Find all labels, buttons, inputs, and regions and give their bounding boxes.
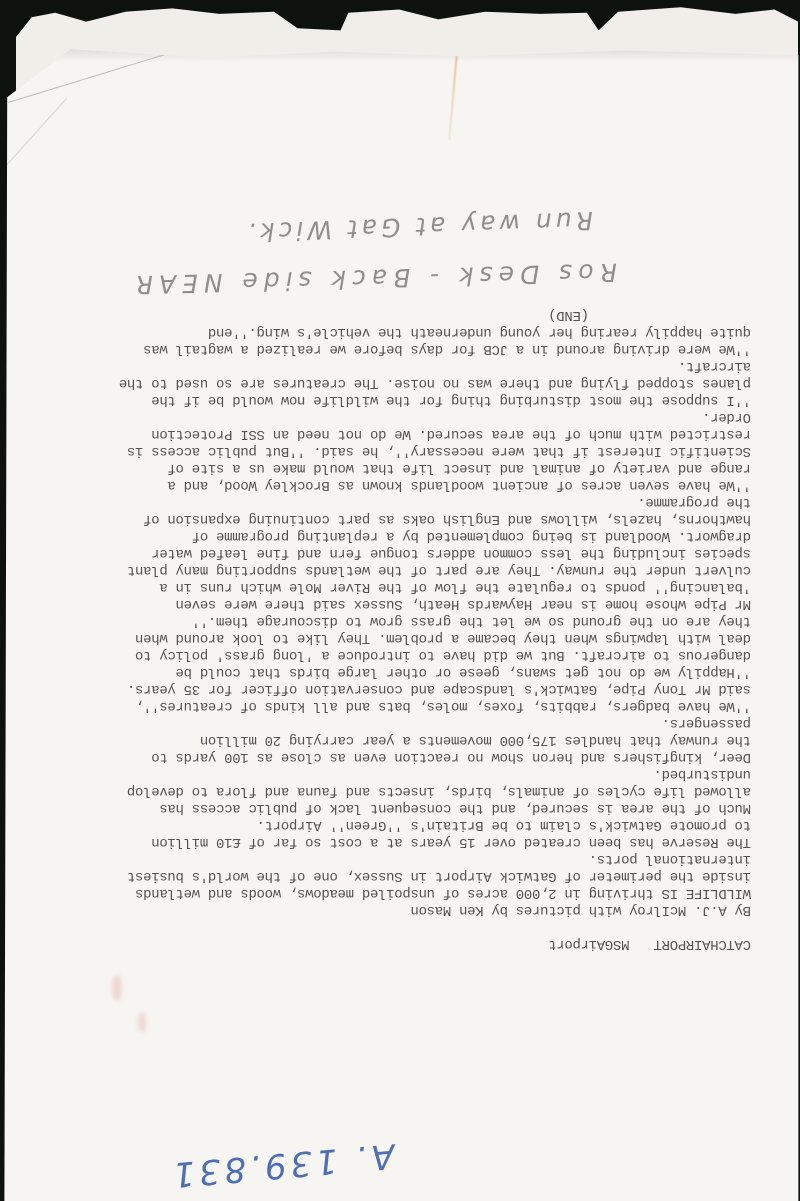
typed-line: Order. [31,408,751,425]
typed-line: 'balancing'' ponds to regulate the flow … [31,578,751,595]
typed-line: to promote Gatwick's claim to be Britain… [31,816,751,833]
typed-line: the runway that handles 175,000 movement… [31,731,751,748]
typed-line: ''Happily we do not get swans, geese or … [31,663,751,680]
typed-line: culvert under the runway. They are part … [31,561,751,578]
typed-line: dragwort. Woodland is being complemented… [31,527,751,544]
typed-line: Much of the area is secured, and the con… [31,799,751,816]
typed-line: ''I suppose the most disturbing thing fo… [31,391,751,408]
handwritten-note: Ros Desk - Back side NEAR Run way at Gat… [3,1085,797,1201]
typed-line: range and variety of animal and insect l… [31,459,751,476]
typed-line: allowed life cycles of animals, birds, i… [31,782,751,799]
upside-down-content: A. 139.831 CATCHAIRPORT MSGAirport By A.… [3,50,797,1201]
handwritten-note-line-1: Ros Desk - Back side NEAR [129,258,617,300]
scanned-photo-caption: { "scan": { "background_color": "#0d120d… [0,0,800,1201]
typed-line: (END) [31,306,751,323]
typed-line: species including the less common adders… [31,544,751,561]
typed-line: ''We were driving around in a JCB for da… [31,340,751,357]
typed-line: the programme. [31,493,751,510]
typed-line: WILDLIFE IS thriving in 2,000 acres of u… [31,884,751,901]
typed-line [31,918,751,935]
typed-line: By A.J. McIlroy with pictures by Ken Mas… [31,901,751,918]
typed-line: quite happily rearing her young undernea… [31,323,751,340]
typed-line: planes stopped flying and there was no n… [31,374,751,391]
typed-line: Scientific Interest if that were necessa… [31,442,751,459]
typed-line: deal with lapwings when they became a pr… [31,629,751,646]
typed-line: The Reserve has been created over 15 yea… [31,833,751,850]
handwritten-note-line-2: Run way at Gat Wick. [244,206,594,247]
typed-line: they are on the ground so we let the gra… [31,612,751,629]
typed-line: Mr Pipe whose home is near Haywards Heat… [31,595,751,612]
caption-body: By A.J. McIlroy with pictures by Ken Mas… [31,306,751,935]
slug-line: CATCHAIRPORT MSGAirport [31,935,751,952]
typed-line: aircraft. [31,357,751,374]
typed-line: restricted with much of the area secured… [31,425,751,442]
typed-line: Deer, kingfishers and heron show no reac… [31,748,751,765]
typed-line: undisturbed. [31,765,751,782]
typed-line: inside the perimeter of Gatwick Airport … [31,867,751,884]
typed-line: international ports. [31,850,751,867]
typed-line: dangerous to aircraft. But we did have t… [31,646,751,663]
typed-line: ''We have seven acres of ancient woodlan… [31,476,751,493]
typed-line: said Mr Tony Pipe, Gatwick's landscape a… [31,680,751,697]
typed-caption-text: CATCHAIRPORT MSGAirport By A.J. McIlroy … [31,306,751,952]
typed-line: ''We have badgers, rabbits, foxes, moles… [31,697,751,714]
typed-line: hawthorns, hazels, willows and English o… [31,510,751,527]
typed-line: passengers. [31,714,751,731]
scan-page: A. 139.831 CATCHAIRPORT MSGAirport By A.… [0,0,800,1201]
